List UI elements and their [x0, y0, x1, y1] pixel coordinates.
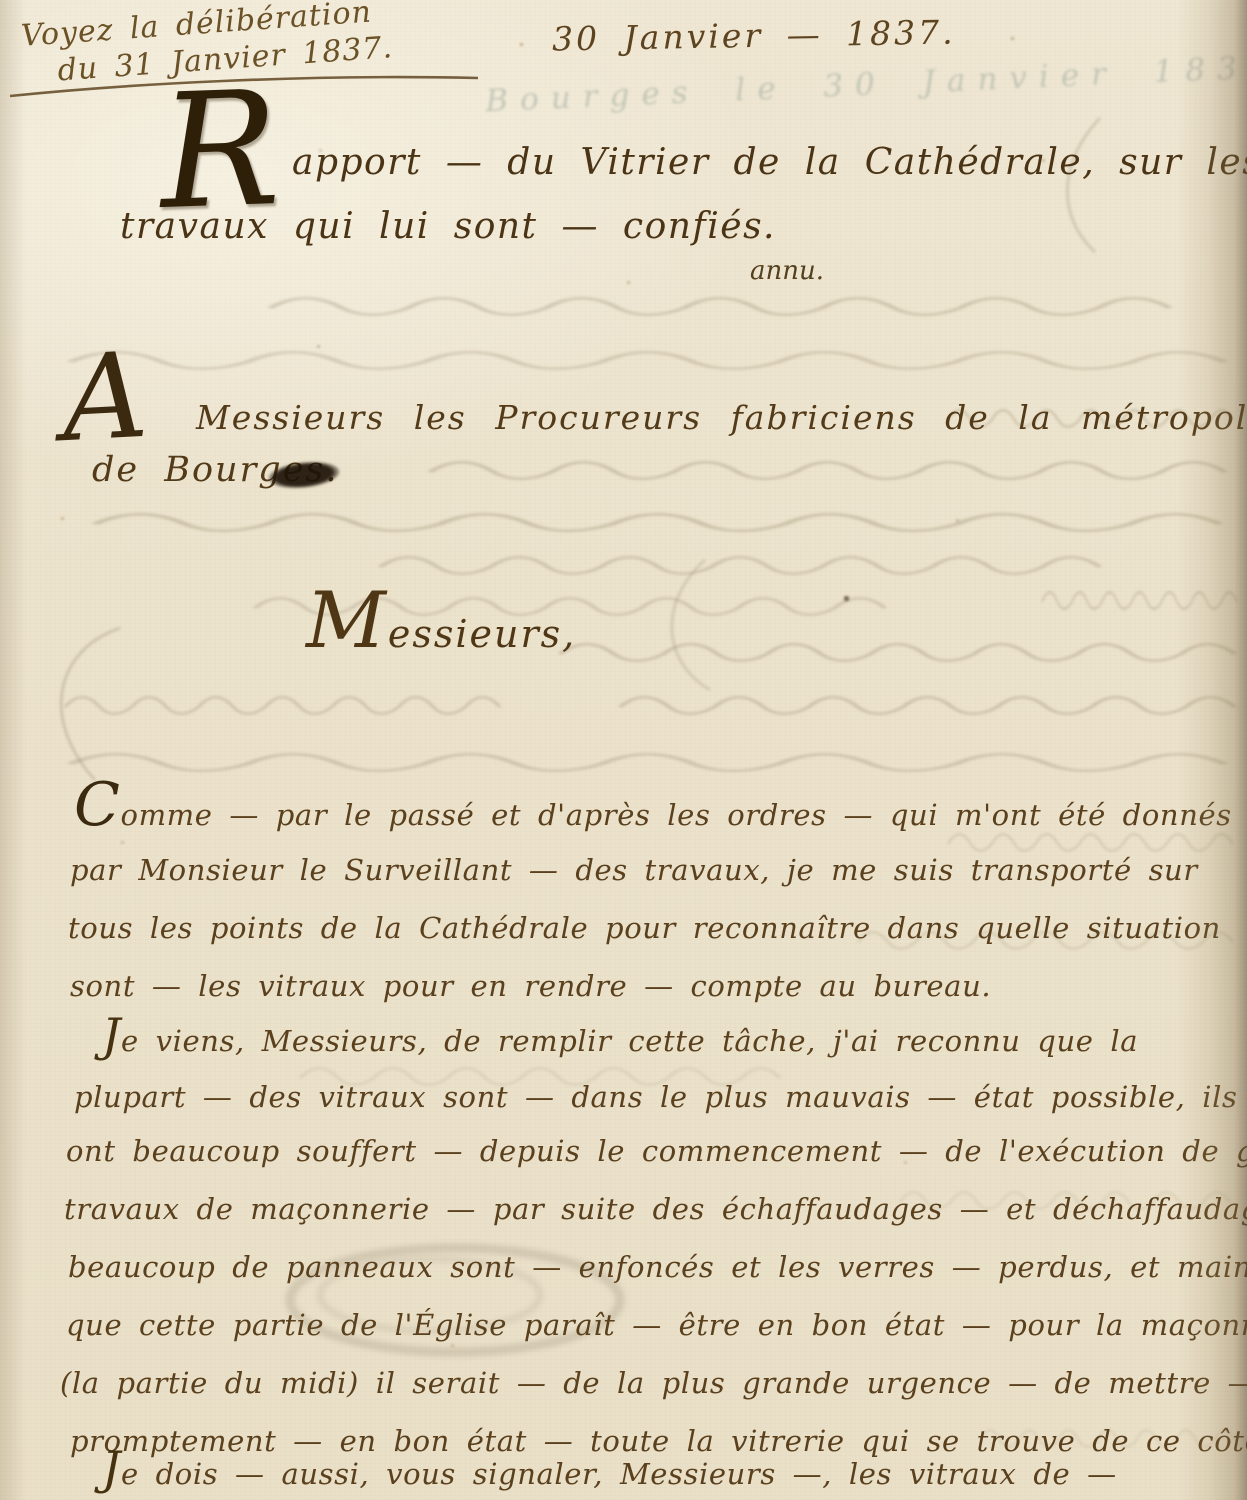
- para2-line1: Je viens, Messieurs, de remplir cette tâ…: [102, 1022, 1138, 1058]
- para1-line2: par Monsieur le Surveillant — des travau…: [70, 853, 1198, 887]
- para1-line3: tous les points de la Cathédrale pour re…: [68, 911, 1221, 945]
- address-initial-letter: A: [59, 336, 150, 458]
- para2-line7: (la partie du midi) il serait — de la pl…: [60, 1366, 1247, 1400]
- title-annotation: annu.: [750, 256, 824, 286]
- date-heading: 30 Janvier — 1837.: [552, 12, 956, 58]
- manuscript-page: Voyez la délibération du 31 Janvier 1837…: [0, 0, 1247, 1500]
- title-line2: travaux qui lui sont — confiés.: [120, 206, 776, 247]
- title-line1: apport — du Vitrier de la Cathédrale, su…: [292, 142, 1247, 183]
- para1-line1: Comme — par le passé et d'après les ordr…: [74, 792, 1232, 832]
- salutation: Messieurs,: [306, 606, 576, 656]
- para2-line6: que cette partie de l'Église paraît — êt…: [66, 1308, 1247, 1342]
- para1-line4: sont — les vitraux pour en rendre — comp…: [70, 969, 991, 1003]
- para3-line1: Je dois — aussi, vous signaler, Messieur…: [102, 1455, 1117, 1491]
- address-line1: Messieurs les Procureurs fabriciens de l…: [196, 398, 1247, 437]
- para2-line5: beaucoup de panneaux sont — enfoncés et …: [68, 1250, 1247, 1284]
- page-left-edge-shadow: [0, 0, 26, 1500]
- para2-line4: travaux de maçonnerie — par suite des éc…: [64, 1192, 1247, 1226]
- para2-line3: ont beaucoup souffert — depuis le commen…: [66, 1134, 1247, 1168]
- page-right-edge-shadow: [1177, 0, 1247, 1500]
- para2-line2: plupart — des vitraux sont — dans le plu…: [74, 1080, 1238, 1114]
- ghost-inscription: Bourges le 30 Janvier 1837: [485, 49, 1247, 120]
- para2-line8: promptement — en bon état — toute la vit…: [70, 1424, 1247, 1458]
